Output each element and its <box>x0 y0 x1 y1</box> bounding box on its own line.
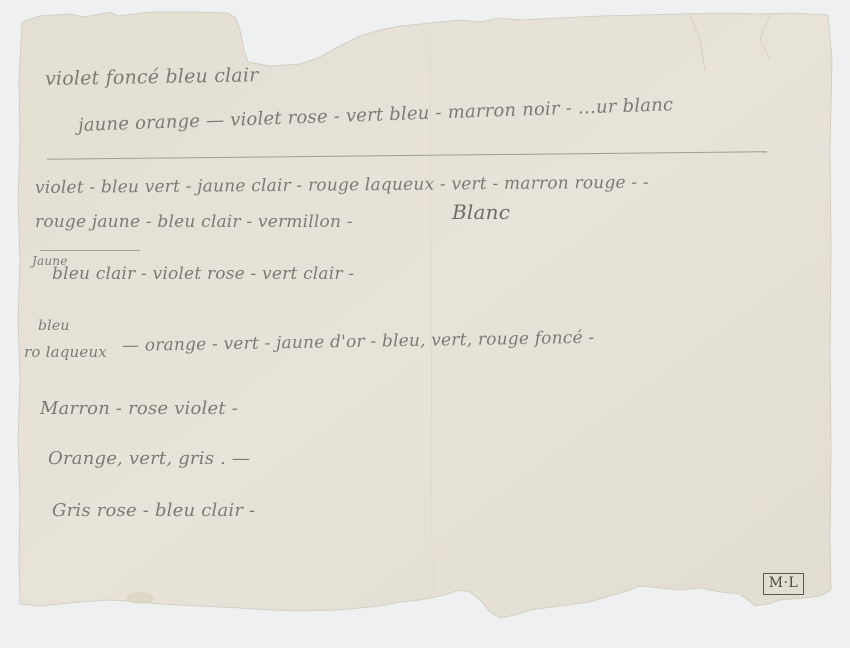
document-scan: violet foncé bleu clair jaune orange — v… <box>0 0 850 648</box>
short-underline <box>40 250 140 251</box>
handwritten-line-1: violet foncé bleu clair <box>45 64 259 90</box>
handwritten-line-8: Orange, vert, gris . — <box>48 448 250 469</box>
handwritten-word-bleu-above: bleu <box>38 318 70 334</box>
handwritten-line-9: Gris rose - bleu clair - <box>52 500 255 521</box>
torn-paper-sheet <box>0 0 850 648</box>
handwritten-word-blanc: Blanc <box>452 200 510 224</box>
handwritten-line-5: bleu clair - violet rose - vert clair - <box>52 264 354 284</box>
collector-stamp: M·L <box>763 573 804 595</box>
handwritten-line-7: Marron - rose violet - <box>40 398 238 419</box>
handwritten-line-4: rouge jaune - bleu clair - vermillon - <box>35 212 353 232</box>
handwritten-prefix-laqueux: ro laqueux <box>24 343 107 361</box>
